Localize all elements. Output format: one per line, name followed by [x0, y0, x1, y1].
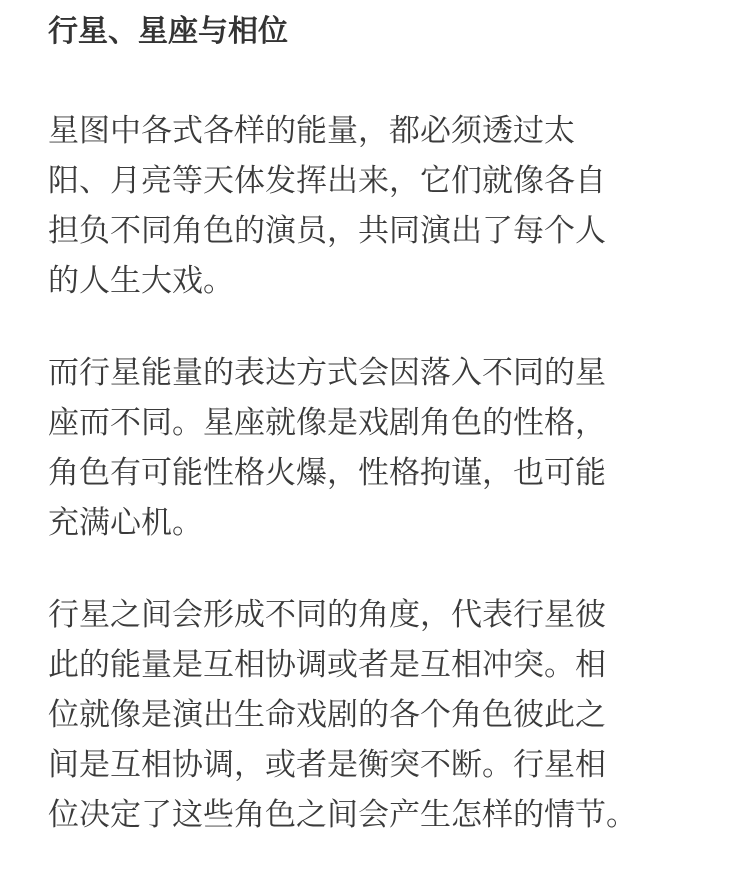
- paragraph-line: 担负不同角色的演员，共同演出了每个人: [48, 206, 606, 256]
- paragraph-line: 阳、月亮等天体发挥出来，它们就像各自: [48, 156, 606, 206]
- paragraph-line: 充满心机。: [48, 498, 606, 548]
- paragraph-line: 行星之间会形成不同的角度，代表行星彼: [48, 590, 637, 640]
- paragraph-line: 此的能量是互相协调或者是互相冲突。相: [48, 640, 637, 690]
- paragraph-line: 间是互相协调，或者是衡突不断。行星相: [48, 740, 637, 790]
- paragraph-line: 星图中各式各样的能量，都必须透过太: [48, 106, 606, 156]
- paragraph-3: 行星之间会形成不同的角度，代表行星彼 此的能量是互相协调或者是互相冲突。相 位就…: [48, 590, 637, 840]
- paragraph-line: 位决定了这些角色之间会产生怎样的情节。: [48, 790, 637, 840]
- paragraph-1: 星图中各式各样的能量，都必须透过太 阳、月亮等天体发挥出来，它们就像各自 担负不…: [48, 106, 606, 306]
- paragraph-2: 而行星能量的表达方式会因落入不同的星 座而不同。星座就像是戏剧角色的性格， 角色…: [48, 348, 606, 548]
- paragraph-line: 座而不同。星座就像是戏剧角色的性格，: [48, 398, 606, 448]
- paragraph-line: 角色有可能性格火爆，性格拘谨，也可能: [48, 448, 606, 498]
- paragraph-line: 的人生大戏。: [48, 256, 606, 306]
- paragraph-line: 位就像是演出生命戏剧的各个角色彼此之: [48, 690, 637, 740]
- article-title: 行星、星座与相位: [48, 10, 288, 54]
- paragraph-line: 而行星能量的表达方式会因落入不同的星: [48, 348, 606, 398]
